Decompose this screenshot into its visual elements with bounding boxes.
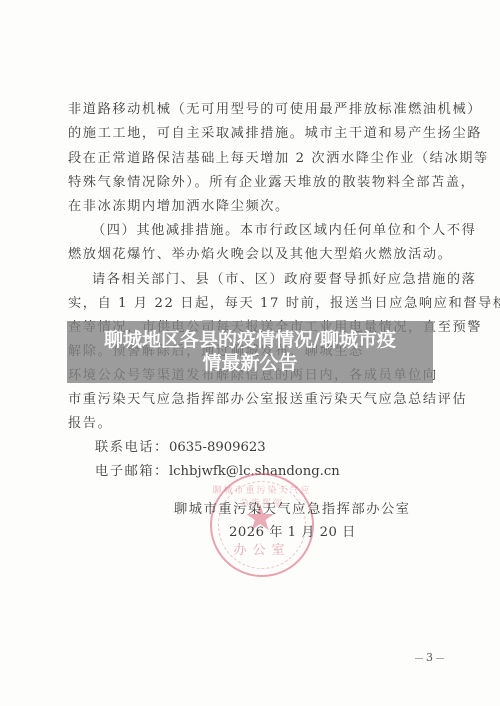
text-line: 非道路移动机械（无可用型号的可使用最严排放标准燃油机械） (68, 98, 482, 117)
text-line: 在非冰冻期内增加洒水降尘频次。 (68, 195, 290, 214)
text-line: 市重污染天气应急指挥部办公室报送重污染天气应急总结评估 (68, 388, 467, 407)
seal-center-text: 办公室 (212, 539, 312, 558)
text-line: 特殊气象情况除外）。所有企业露天堆放的散装物料全部苫盖， (68, 171, 475, 190)
text-line: 实，自 1 月 22 日起，每天 17 时前，报送当日应急响应和督导检 (68, 292, 500, 311)
phone-value: 0635-8909623 (169, 440, 266, 455)
text-line: 的施工工地，可自主采取减排措施。城市主干道和易产生扬尘路 (68, 122, 482, 141)
text-line: 段在正常道路保洁基础上每天增加 2 次洒水降尘作业（结冰期等 (68, 147, 489, 166)
signature-date: 2026 年 1 月 20 日 (229, 521, 356, 540)
contact-email: 电子邮箱：lchbjwfk@lc.shandong.cn (95, 460, 340, 479)
email-label: 电子邮箱： (95, 464, 169, 479)
text-line: 请各相关部门、县（市、区）政府要督导抓好应急措施的落 (92, 268, 476, 287)
phone-label: 联系电话： (95, 440, 169, 455)
text-line: 报告。 (68, 412, 112, 431)
overlay-title-line-1: 聊城地区各县的疫情情况/聊城市疫 (104, 329, 396, 352)
signature-org: 聊城市重污染天气应急指挥部办公室 (174, 498, 411, 517)
text-line: 燃放烟花爆竹、举办焰火晚会以及其他大型焰火燃放活动。 (68, 243, 452, 262)
page-number: 3 (412, 651, 447, 664)
section-heading-line: （四）其他减排措施。本市行政区域内任何单位和个人不得 (92, 219, 476, 238)
contact-phone: 联系电话：0635-8909623 (95, 436, 266, 455)
overlay-title: 聊城地区各县的疫情情况/聊城市疫 情最新公告 (67, 321, 433, 383)
overlay-title-line-2: 情最新公告 (202, 352, 297, 375)
